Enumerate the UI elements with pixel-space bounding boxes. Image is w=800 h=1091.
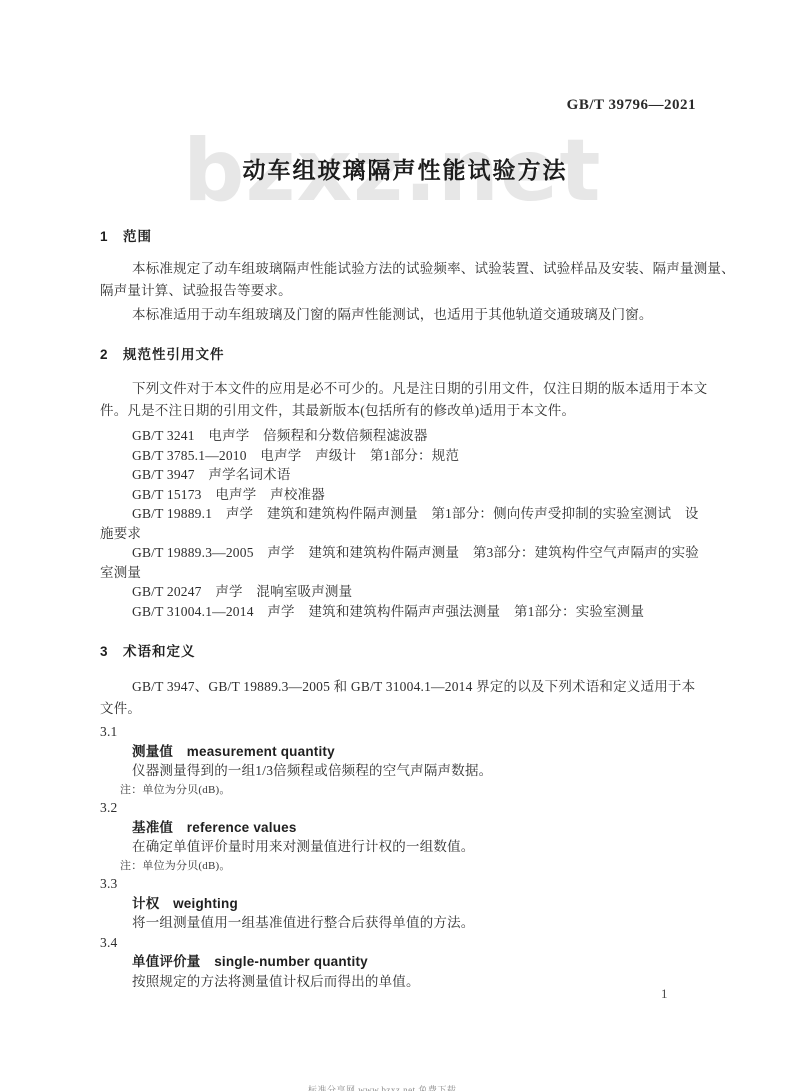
text-line: GB/T 3947 声学名词术语 — [100, 465, 712, 485]
clause-2-heading: 2 规范性引用文件 — [100, 344, 712, 366]
normative-references-list: GB/T 3241 电声学 倍频程和分数倍频程滤波器GB/T 3785.1—20… — [100, 426, 712, 621]
term-3-4: 3.4单值评价量 single-number quantity按照规定的方法将测… — [100, 933, 712, 992]
text-line: 室测量 — [100, 563, 712, 583]
text-line: 测量值 measurement quantity — [100, 742, 712, 762]
text-line: 按照规定的方法将测量值计权后而得出的单值。 — [100, 972, 712, 992]
text-line: 单值评价量 single-number quantity — [100, 952, 712, 972]
text-line: 施要求 — [100, 524, 712, 544]
text-line: 基准值 reference values — [100, 818, 712, 838]
term-3-2: 3.2基准值 reference values在确定单值评价量时用来对测量值进行… — [100, 798, 712, 876]
text-line: 3.2 — [100, 798, 712, 818]
text-line: 3 术语和定义 — [100, 641, 712, 663]
footer-watermark: 标准分享网 www.bzxz.net 免费下载 — [308, 1083, 456, 1091]
text-line: GB/T 3785.1—2010 电声学 声级计 第1部分：规范 — [100, 446, 712, 466]
text-line: GB/T 19889.3—2005 声学 建筑和建筑构件隔声测量 第3部分：建筑… — [100, 543, 712, 563]
text-line: 2 规范性引用文件 — [100, 344, 712, 366]
page-number: 1 — [661, 986, 668, 1002]
text-line: 件。凡是不注日期的引用文件，其最新版本(包括所有的修改单)适用于本文件。 — [100, 400, 712, 422]
text-line: 3.4 — [100, 933, 712, 953]
text-line: 隔声量计算、试验报告等要求。 — [100, 280, 712, 302]
text-line: GB/T 3241 电声学 倍频程和分数倍频程滤波器 — [100, 426, 712, 446]
text-line: 本标准规定了动车组玻璃隔声性能试验方法的试验频率、试验装置、试验样品及安装、隔声… — [100, 258, 712, 280]
clause-1-heading: 1 范围 — [100, 226, 712, 248]
clause-1-paragraph-1: 本标准规定了动车组玻璃隔声性能试验方法的试验频率、试验装置、试验样品及安装、隔声… — [100, 258, 712, 302]
text-line: 仪器测量得到的一组1/3倍频程或倍频程的空气声隔声数据。 — [100, 761, 712, 781]
text-line: GB/T 31004.1—2014 声学 建筑和建筑构件隔声声强法测量 第1部分… — [100, 602, 712, 622]
clause-1-paragraph-2: 本标准适用于动车组玻璃及门窗的隔声性能测试，也适用于其他轨道交通玻璃及门窗。 — [100, 304, 712, 326]
text-line: 3.3 — [100, 874, 712, 894]
clause-3-heading: 3 术语和定义 — [100, 641, 712, 663]
text-line: 在确定单值评价量时用来对测量值进行计权的一组数值。 — [100, 837, 712, 857]
text-line: GB/T 20247 声学 混响室吸声测量 — [100, 582, 712, 602]
text-line: 下列文件对于本文件的应用是必不可少的。凡是注日期的引用文件，仅注日期的版本适用于… — [100, 378, 712, 400]
term-3-3: 3.3计权 weighting将一组测量值用一组基准值进行整合后获得单值的方法。 — [100, 874, 712, 933]
text-line: 计权 weighting — [100, 894, 712, 914]
text-line: 3.1 — [100, 722, 712, 742]
document-content: 1 范围本标准规定了动车组玻璃隔声性能试验方法的试验频率、试验装置、试验样品及安… — [100, 0, 712, 991]
text-line: 文件。 — [100, 698, 712, 720]
term-3-1: 3.1测量值 measurement quantity仪器测量得到的一组1/3倍… — [100, 722, 712, 800]
text-line: 1 范围 — [100, 226, 712, 248]
clause-2-paragraph: 下列文件对于本文件的应用是必不可少的。凡是注日期的引用文件，仅注日期的版本适用于… — [100, 378, 712, 422]
document-page: bzxz.net GB/T 39796—2021 动车组玻璃隔声性能试验方法 1… — [0, 0, 800, 1091]
clause-3-paragraph: GB/T 3947、GB/T 19889.3—2005 和 GB/T 31004… — [100, 676, 712, 720]
text-line: 本标准适用于动车组玻璃及门窗的隔声性能测试，也适用于其他轨道交通玻璃及门窗。 — [100, 304, 712, 326]
text-line: 将一组测量值用一组基准值进行整合后获得单值的方法。 — [100, 913, 712, 933]
text-line: GB/T 15173 电声学 声校准器 — [100, 485, 712, 505]
text-line: GB/T 19889.1 声学 建筑和建筑构件隔声测量 第1部分：侧向传声受抑制… — [100, 504, 712, 524]
text-line: GB/T 3947、GB/T 19889.3—2005 和 GB/T 31004… — [100, 676, 712, 698]
